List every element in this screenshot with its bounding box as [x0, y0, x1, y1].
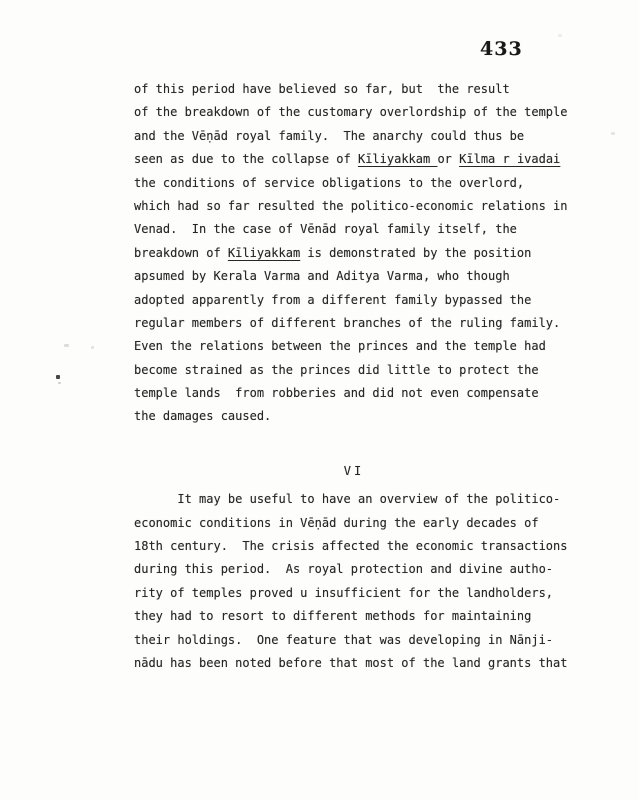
text-segment: economic conditions in Vēṇād during the … [134, 516, 539, 530]
text-line: their holdings. One feature that was dev… [134, 629, 574, 652]
text-line: the damages caused. [134, 405, 574, 428]
scan-speck [64, 344, 69, 347]
text-line: Even the relations between the princes a… [134, 335, 574, 358]
text-segment: adopted apparently from a different fami… [134, 293, 531, 307]
text-line: become strained as the princes did littl… [134, 359, 574, 382]
text-line: during this period. As royal protection … [134, 558, 574, 581]
scan-speck [558, 34, 562, 37]
text-segment: temple lands from robberies and did not … [134, 386, 539, 400]
text-line: seen as due to the collapse of Kīliyakka… [134, 148, 574, 171]
text-line: adopted apparently from a different fami… [134, 289, 574, 312]
text-segment: nādu has been noted before that most of … [134, 656, 567, 670]
paragraph-1: of this period have believed so far, but… [134, 78, 574, 429]
underlined-term: Kīlma r ivadai [459, 152, 560, 166]
text-line: It may be useful to have an overview of … [134, 488, 574, 511]
text-segment: of this period have believed so far, but… [134, 82, 510, 96]
text-segment: or [437, 152, 459, 166]
text-line: apsumed by Kerala Varma and Aditya Varma… [134, 265, 574, 288]
text-line: temple lands from robberies and did not … [134, 382, 574, 405]
text-line: rity of temples proved u insufficient fo… [134, 582, 574, 605]
text-segment: they had to resort to different methods … [134, 609, 531, 623]
text-segment: become strained as the princes did littl… [134, 363, 539, 377]
text-line: 18th century. The crisis affected the ec… [134, 535, 574, 558]
text-block: of this period have believed so far, but… [134, 78, 574, 675]
text-segment: Even the relations between the princes a… [134, 339, 546, 353]
scan-speck [58, 382, 61, 384]
text-segment: their holdings. One feature that was dev… [134, 633, 553, 647]
text-line: economic conditions in Vēṇād during the … [134, 512, 574, 535]
text-line: the conditions of service obligations to… [134, 172, 574, 195]
text-line: regular members of different branches of… [134, 312, 574, 335]
text-segment: breakdown of [134, 246, 228, 260]
text-line: and the Vēṇād royal family. The anarchy … [134, 125, 574, 148]
text-segment: the damages caused. [134, 409, 271, 423]
text-segment: which had so far resulted the politico-e… [134, 199, 567, 213]
text-line: they had to resort to different methods … [134, 605, 574, 628]
text-segment: regular members of different branches of… [134, 316, 560, 330]
scanned-document-page: 433 of this period have believed so far,… [0, 0, 639, 800]
underlined-term: Kīliyakkam [358, 152, 437, 166]
text-segment: apsumed by Kerala Varma and Aditya Varma… [134, 269, 510, 283]
text-segment: is demonstrated by the position [300, 246, 531, 260]
text-segment: 18th century. The crisis affected the ec… [134, 539, 567, 553]
page-number: 433 [480, 38, 523, 60]
text-segment: the conditions of service obligations to… [134, 176, 524, 190]
text-segment: Venad. In the case of Vēnād royal family… [134, 222, 517, 236]
text-segment: during this period. As royal protection … [134, 562, 553, 576]
text-line: which had so far resulted the politico-e… [134, 195, 574, 218]
text-segment: and the Vēṇād royal family. The anarchy … [134, 129, 524, 143]
underlined-term: Kīliyakkam [228, 246, 300, 260]
scan-speck [611, 132, 615, 135]
scan-speck [56, 375, 60, 379]
text-segment: seen as due to the collapse of [134, 152, 358, 166]
text-line: Venad. In the case of Vēnād royal family… [134, 218, 574, 241]
text-segment: of the breakdown of the customary overlo… [134, 105, 567, 119]
text-line: of this period have believed so far, but… [134, 78, 574, 101]
text-segment: It may be useful to have an overview of … [134, 492, 560, 506]
scan-speck [91, 346, 94, 349]
text-line: breakdown of Kīliyakkam is demonstrated … [134, 242, 574, 265]
text-segment: rity of temples proved u insufficient fo… [134, 586, 553, 600]
paragraph-2: It may be useful to have an overview of … [134, 488, 574, 675]
section-heading: VI [134, 460, 574, 483]
text-line: of the breakdown of the customary overlo… [134, 101, 574, 124]
text-line: nādu has been noted before that most of … [134, 652, 574, 675]
